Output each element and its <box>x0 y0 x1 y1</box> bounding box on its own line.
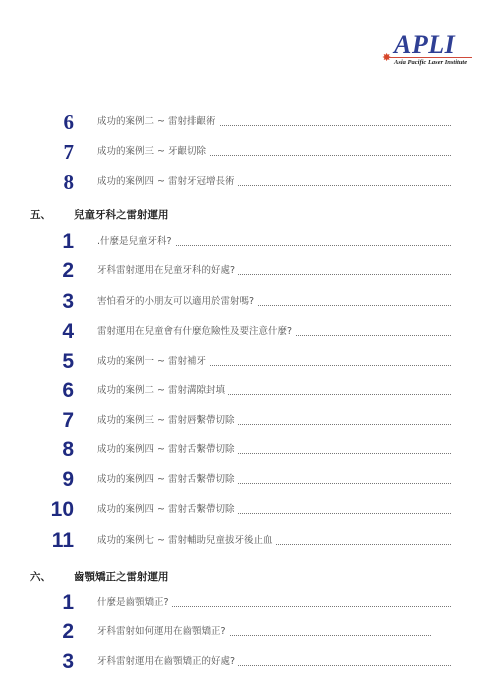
toc-entry-number: 10 <box>51 499 74 521</box>
toc-entry-number: 2 <box>62 260 74 282</box>
toc-entry-number: 8 <box>64 171 75 193</box>
toc-entry-number: 5 <box>62 351 74 373</box>
toc-entry-title: 成功的案例二 ~ 雷射溝隙封填 <box>97 385 228 397</box>
toc-entry-title: 成功的案例三 ~ 牙齦切除 <box>97 146 209 158</box>
section-heading: 六、齒顎矯正之雷射運用 <box>30 569 169 584</box>
toc-entry-title: .什麼是兒童牙科? <box>97 236 175 248</box>
toc-entry[interactable]: 5成功的案例一 ~ 雷射補牙 <box>0 351 494 373</box>
toc-entry[interactable]: 4雷射運用在兒童會有什麼危險性及要注意什麼? <box>0 321 494 343</box>
toc-entry[interactable]: 11成功的案例七 ~ 雷射輔助兒童拔牙後止血 <box>0 530 494 552</box>
toc-entry[interactable]: 10成功的案例四 ~ 雷射舌繫帶切除 <box>0 499 494 521</box>
toc-entry-number: 3 <box>62 291 74 313</box>
section-number: 六、 <box>30 569 74 584</box>
toc-entry[interactable]: 3牙科雷射運用在齒顎矯正的好處? <box>0 651 494 673</box>
toc-entry[interactable]: 6成功的案例二 ~ 雷射溝隙封填 <box>0 380 494 402</box>
toc-entry-title: 成功的案例一 ~ 雷射補牙 <box>97 356 209 368</box>
toc-entry-number: 7 <box>62 410 74 432</box>
toc-entry[interactable]: 3害怕看牙的小朋友可以適用於雷射嗎? <box>0 291 494 313</box>
toc-entry[interactable]: 8成功的案例四 ~ 雷射舌繫帶切除 <box>0 439 494 461</box>
toc-entry-title: 害怕看牙的小朋友可以適用於雷射嗎? <box>97 296 257 308</box>
toc-entry[interactable]: 6成功的案例二 ~ 雷射排齦術 <box>0 111 494 133</box>
toc-entry[interactable]: 8成功的案例四 ~ 雷射牙冠增長術 <box>0 171 494 193</box>
toc-entry-title: 成功的案例四 ~ 雷射牙冠增長術 <box>97 176 238 188</box>
toc-entry-title: 成功的案例三 ~ 雷射唇繫帶切除 <box>97 415 238 427</box>
toc-entry[interactable]: 7成功的案例三 ~ 牙齦切除 <box>0 141 494 163</box>
toc-entry[interactable]: 9成功的案例四 ~ 雷射舌繫帶切除 <box>0 469 494 491</box>
toc-entry-number: 7 <box>64 141 75 163</box>
section-title: 齒顎矯正之雷射運用 <box>74 571 169 583</box>
toc-entry[interactable]: 1什麼是齒顎矯正? <box>0 592 494 614</box>
toc-entry-title: 成功的案例四 ~ 雷射舌繫帶切除 <box>97 474 238 486</box>
toc-entry-number: 6 <box>64 111 75 133</box>
logo-underline <box>388 57 472 58</box>
apli-logo: APLI ✸ Asia Pacific Laser Institute <box>378 34 488 68</box>
toc-entry-title: 什麼是齒顎矯正? <box>97 597 172 609</box>
toc-entry-title: 成功的案例七 ~ 雷射輔助兒童拔牙後止血 <box>97 535 276 547</box>
toc-entry-number: 9 <box>62 469 74 491</box>
toc-entry-title: 牙科雷射運用在兒童牙科的好處? <box>97 265 238 277</box>
toc-entry-number: 1 <box>62 231 74 253</box>
toc-entry-number: 4 <box>62 321 74 343</box>
toc-entry-number: 8 <box>62 439 74 461</box>
section-number: 五、 <box>30 207 74 222</box>
toc-entry-title: 成功的案例二 ~ 雷射排齦術 <box>97 116 219 128</box>
toc-entry-number: 3 <box>62 651 74 673</box>
toc-entry-title: 成功的案例四 ~ 雷射舌繫帶切除 <box>97 504 238 516</box>
logo-subtitle: Asia Pacific Laser Institute <box>394 59 467 66</box>
toc-entry-number: 1 <box>62 592 74 614</box>
section-heading: 五、兒童牙科之雷射運用 <box>30 207 169 222</box>
toc-entry-title: 成功的案例四 ~ 雷射舌繫帶切除 <box>97 444 238 456</box>
toc-entry[interactable]: 7成功的案例三 ~ 雷射唇繫帶切除 <box>0 410 494 432</box>
toc-entry-number: 2 <box>62 621 74 643</box>
toc-entry[interactable]: 2牙科雷射如何運用在齒顎矯正? <box>0 621 494 643</box>
toc-entry[interactable]: 2牙科雷射運用在兒童牙科的好處? <box>0 260 494 282</box>
toc-entry-title: 牙科雷射運用在齒顎矯正的好處? <box>97 656 238 668</box>
toc-entry-number: 11 <box>52 530 74 552</box>
logo-wordmark: APLI <box>394 30 455 60</box>
section-title: 兒童牙科之雷射運用 <box>74 209 169 221</box>
toc-entry[interactable]: 1.什麼是兒童牙科? <box>0 231 494 253</box>
toc-entry-title: 牙科雷射如何運用在齒顎矯正? <box>97 626 229 638</box>
toc-entry-number: 6 <box>62 380 74 402</box>
toc-entry-title: 雷射運用在兒童會有什麼危險性及要注意什麼? <box>97 326 295 338</box>
